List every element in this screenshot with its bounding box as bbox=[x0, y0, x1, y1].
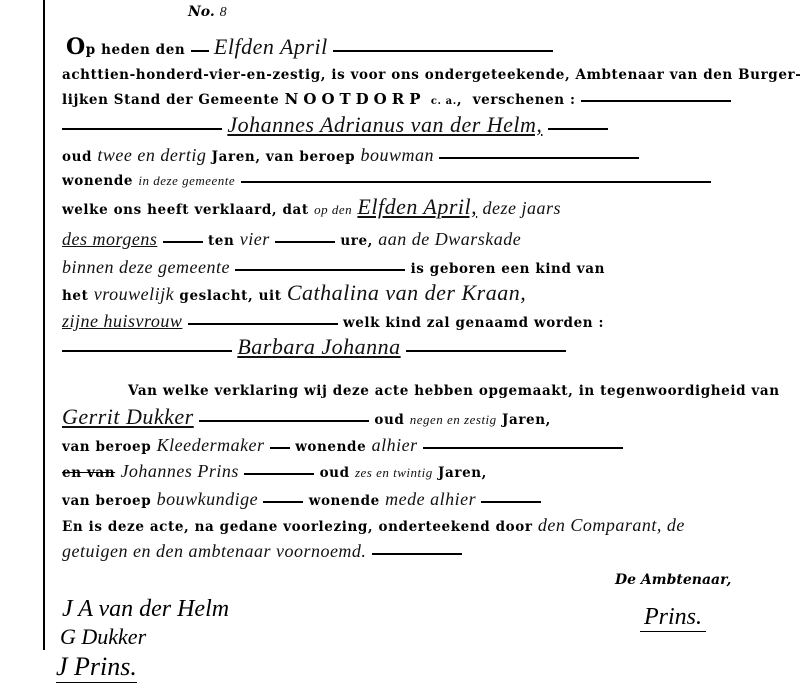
line-child-name-label: zijne huisvrouw welk kind zal genaamd wo… bbox=[62, 312, 604, 332]
margin-rule bbox=[43, 0, 45, 650]
line-date-intro: Op heden den Elfden April bbox=[66, 38, 553, 59]
line-witness-2: en van Johannes Prins oud zes en twintig… bbox=[62, 462, 487, 482]
line-municipality: lijken Stand der Gemeente NOOTDORP c. a.… bbox=[62, 90, 731, 111]
line-birth-place: binnen deze gemeente is geboren een kind… bbox=[62, 258, 605, 278]
line-witness-1-job: van beroep Kleedermaker wonende alhier bbox=[62, 436, 623, 456]
birth-record-page: No. 8 Op heden den Elfden April achttien… bbox=[0, 0, 800, 700]
handwritten-mother-name: Cathalina van der Kraan, bbox=[287, 280, 526, 305]
handwritten-father-name: Johannes Adrianus van der Helm, bbox=[227, 112, 542, 137]
handwritten-child-name: Barbara Johanna bbox=[237, 334, 400, 359]
line-sex-mother: het vrouwelijk geslacht, uit Cathalina v… bbox=[62, 284, 526, 305]
line-residence: wonende in deze gemeente bbox=[62, 172, 711, 190]
line-year: achttien-honderd-vier-en-zestig, is voor… bbox=[62, 66, 800, 84]
registrar-title: De Ambtenaar, bbox=[615, 572, 731, 588]
line-father-age: oud twee en dertig Jaren, van beroep bou… bbox=[62, 146, 639, 166]
line-witness-intro: Van welke verklaring wij deze acte hebbe… bbox=[128, 382, 780, 400]
registrar-signature: Prins. bbox=[640, 604, 706, 632]
record-number: No. 8 bbox=[188, 4, 227, 21]
line-signing: En is deze acte, na gedane voorlezing, o… bbox=[62, 516, 685, 536]
line-signing-cont: getuigen en den ambtenaar voornoemd. bbox=[62, 542, 462, 562]
father-signature: J A van der Helm bbox=[62, 596, 229, 623]
witness-1-signature: G Dukker bbox=[60, 624, 146, 650]
line-witness-1: Gerrit Dukker oud negen en zestig Jaren, bbox=[62, 408, 551, 429]
municipality-name: NOOTDORP bbox=[285, 90, 426, 108]
witness-2-signature: J Prins. bbox=[56, 652, 137, 683]
line-declared-date: welke ons heeft verklaard, dat op den El… bbox=[62, 198, 561, 219]
line-witness-2-job: van beroep bouwkundige wonende mede alhi… bbox=[62, 490, 541, 510]
line-child-name: Barbara Johanna bbox=[62, 338, 566, 359]
line-birth-time: des morgens ten vier ure, aan de Dwarska… bbox=[62, 230, 521, 250]
line-father-name: Johannes Adrianus van der Helm, bbox=[62, 116, 608, 137]
handwritten-date: Elfden April bbox=[214, 34, 328, 59]
